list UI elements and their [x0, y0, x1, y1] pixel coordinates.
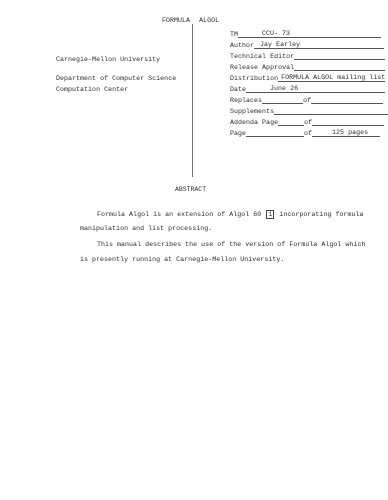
field-of-label: of: [303, 97, 311, 104]
field-label: Replaces: [230, 97, 262, 104]
title-part-formula: FORMULA: [162, 17, 190, 24]
abstract-paragraph-2-line-2: is presently running at Carnegie-Mellon …: [80, 256, 284, 263]
field-of-label: of: [304, 119, 312, 126]
field-of-line: [311, 95, 383, 104]
field-label: Author: [230, 42, 254, 49]
field-line: [246, 128, 304, 137]
field-line: CCU- 73: [238, 29, 381, 38]
field-value: June 26: [246, 85, 385, 92]
field-label: Technical Editor: [230, 53, 294, 60]
vertical-divider: [192, 24, 193, 177]
field-release-approval: Release Approval: [230, 61, 385, 71]
center-name: Computation Center: [56, 86, 128, 93]
field-replaces: Replaces of: [230, 94, 383, 104]
field-label: Page: [230, 130, 246, 137]
field-date: Date June 26: [230, 83, 385, 93]
field-of-label: of: [304, 130, 312, 137]
title-part-algol: ALGOL: [199, 17, 219, 24]
field-addenda-page: Addenda Page of: [230, 116, 384, 126]
field-technical-editor: Technical Editor: [230, 50, 385, 60]
abstract-text: Formula Algol is an extension of Algol 6…: [97, 211, 261, 218]
field-author: Author Jay Earley: [230, 39, 384, 49]
field-of-value: 125 pages: [312, 129, 380, 136]
field-tm: TM CCU- 73: [230, 28, 381, 38]
abstract-heading: ABSTRACT: [175, 186, 206, 193]
document-title: FORMULAALGOL: [162, 17, 219, 24]
field-value: CCU- 73: [238, 30, 381, 37]
university-name: Carnegie-Mellon University: [56, 56, 160, 63]
field-line: [278, 117, 304, 126]
field-of-line: 125 pages: [312, 128, 380, 137]
field-line: FORMULA ALGOL mailing list: [278, 73, 385, 82]
abstract-paragraph-1-line-2: manipulation and list processing.: [80, 225, 212, 232]
field-line: [294, 62, 385, 71]
abstract-text: incorporating formula: [279, 211, 363, 218]
field-line: [274, 106, 388, 115]
field-label: Supplements: [230, 108, 274, 115]
department-name: Department of Computer Science: [56, 75, 176, 82]
field-label: Date: [230, 86, 246, 93]
field-value: Jay Earley: [254, 41, 384, 48]
field-label: Distribution: [230, 75, 278, 82]
field-of-line: [312, 117, 384, 126]
field-label: Release Approval: [230, 64, 294, 71]
field-line: [262, 95, 303, 104]
field-page: Page of 125 pages: [230, 127, 380, 137]
abstract-paragraph-1-line-1: Formula Algol is an extension of Algol 6…: [97, 210, 364, 219]
field-line: June 26: [246, 84, 385, 93]
field-line: Jay Earley: [254, 40, 384, 49]
reference-citation: 1: [266, 210, 274, 219]
field-supplements: Supplements: [230, 105, 388, 115]
field-label: Addenda Page: [230, 119, 278, 126]
abstract-paragraph-2-line-1: This manual describes the use of the ver…: [97, 241, 365, 248]
field-line: [294, 51, 385, 60]
field-distribution: Distribution FORMULA ALGOL mailing list: [230, 72, 385, 82]
field-value: FORMULA ALGOL mailing list: [278, 74, 385, 81]
field-label: TM: [230, 31, 238, 38]
